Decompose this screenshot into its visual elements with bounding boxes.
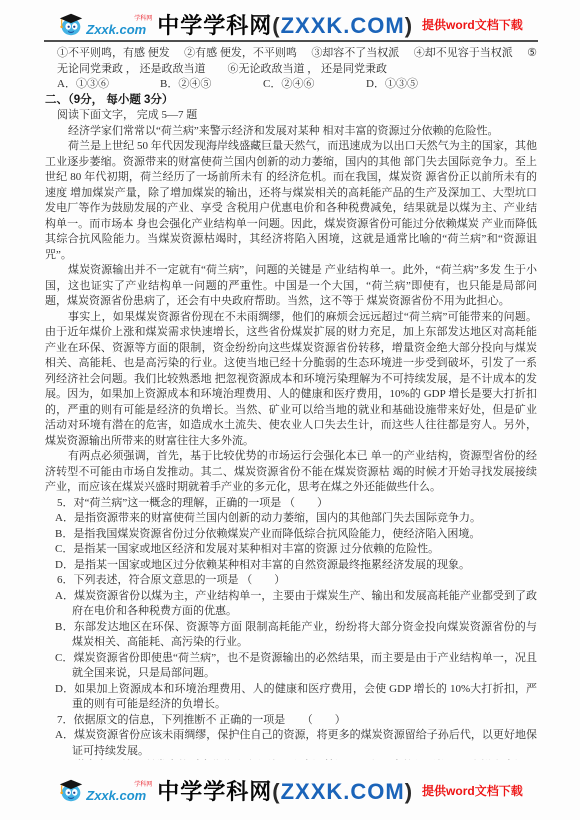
passage-paragraph: 煤炭资源输出并不一定就有“荷兰病”，问题的关键是 产业结构单一。此外，“荷兰病”…: [45, 263, 537, 310]
q4-choice-a: A．①③⑥: [57, 77, 160, 93]
q4-item-4: ④却不见容于当权派: [414, 46, 513, 62]
site-title-paren-close: ): [405, 13, 413, 38]
site-title-cn: 中学学科网: [157, 779, 272, 804]
word-download-link-footer[interactable]: 提供word文档下载: [422, 782, 523, 799]
passage-paragraph: 事实上，如果煤炭资源省份现在不未雨绸缪，他们的麻烦会远远超过“荷兰病”可能带来的…: [45, 310, 537, 450]
question6-stem: 6．下列表述，符合原文意思的一项是 （ ）: [57, 573, 537, 589]
q4-choice-c: C．②④⑥: [263, 77, 366, 93]
word-download-link[interactable]: 提供word文档下载: [422, 16, 523, 33]
site-title-cn: 中学学科网: [157, 13, 272, 38]
site-title-domain: ZXXK.COM: [281, 13, 405, 38]
site-title-paren-open: (: [272, 779, 280, 804]
section-heading: 二、（9分， 每小题 3分）: [45, 93, 537, 109]
q4-items-line2: 无论同党秉政 ， 还是政敌当道 ⑥无论政敌当道 ， 还是同党秉政: [57, 62, 537, 78]
q4-choice-d: D．①③⑤: [366, 77, 469, 93]
q4-items-line1: ①不平则鸣，有感 便发 ②有感 便发，不平则鸣 ③却容不了当权派 ④却不见容于当…: [57, 46, 537, 62]
passage-paragraph: 荷兰是上世纪 50 年代因发现海岸线盛藏巨量天然气，而迅速成为以出口天然气为主的…: [45, 139, 537, 263]
site-title: 中学学科网(ZXXK.COM): [157, 9, 413, 40]
site-title-paren-close: ): [405, 779, 413, 804]
header-divider: [44, 40, 538, 42]
footer-brand-row: Zxxk.com 学科网 中学学科网(ZXXK.COM) 提供word文档下载: [0, 766, 580, 806]
zxxk-logo-footer[interactable]: Zxxk.com 学科网: [57, 776, 148, 804]
question5-option-a: A．是指资源带来的财富使荷兰国内创新的动力萎缩，国内的其他部门失去国际竞争力。: [55, 511, 537, 527]
site-title-domain: ZXXK.COM: [281, 779, 405, 804]
question5-option-c: C．是指某一国家或地区经济和发展对某种相对丰富的资源 过分依赖的危险性。: [55, 542, 537, 558]
zxxk-mascot-icon: [57, 10, 85, 38]
question7-stem: 7．依据原文的信息，下列推断不 正确的一项是 （ ）: [57, 713, 537, 729]
question7-option-a: A．煤炭资源省份应该未雨绸缪，保护住自己的资源，将更多的煤炭资源留给子孙后代，以…: [55, 728, 537, 759]
question7-option-b: B．煤炭资 源输出所带来的财富往往大多外流，当资源枯竭时，留下来的很可能是一个没…: [55, 759, 537, 760]
q4-answer-choices: A．①③⑥ B．②④⑤ C．②④⑥ D．①③⑤: [57, 77, 537, 93]
logo-text: Zxxk.com: [86, 22, 146, 37]
logo-badge: 学科网: [134, 16, 152, 22]
q4-item-3: ③却容不了当权派: [311, 46, 399, 62]
passage-paragraph: 经济学家们常常以“荷兰病”来警示经济和发展对某种 相对丰富的资源过分依赖的危险性…: [45, 124, 537, 140]
q4-item-1: ①不平则鸣，有感 便发: [57, 46, 170, 62]
question6-option-c: C．煤炭资源省份即使患“荷兰病”，也不是资源输出的必然结果，而主要是由于产业结构…: [55, 651, 537, 682]
site-title-paren-open: (: [272, 13, 280, 38]
q4-item-5: ⑤: [527, 46, 537, 62]
question6-option-a: A．煤炭资源省份以煤为主，产业结构单一，主要由于煤炭生产、输出和发展高耗能产业都…: [55, 589, 537, 620]
document-body: ①不平则鸣，有感 便发 ②有感 便发，不平则鸣 ③却容不了当权派 ④却不见容于当…: [45, 46, 537, 760]
question6-option-d: D．如果加上资源成本和环境治理费用、人的健康和医疗费用，会使 GDP 增长的 1…: [55, 682, 537, 713]
question6-option-b: B．东部发达地区在环保、资源等方面 限制高耗能产业，纷纷将大部分资金投向煤炭资源…: [55, 620, 537, 651]
question5-option-b: B．是指我国煤炭资源省份过分依赖煤炭产业而降低综合抗风险能力，使经济陷入困境。: [55, 527, 537, 543]
site-title-footer: 中学学科网(ZXXK.COM): [157, 775, 413, 806]
logo-badge: 学科网: [134, 782, 152, 788]
q4-item-2: ②有感 便发，不平则鸣: [184, 46, 297, 62]
logo-text: Zxxk.com: [86, 788, 146, 803]
question5-stem: 5．对“荷兰病”这一概念的理解，正确的一项是 （ ）: [57, 496, 537, 512]
question5-option-d: D．是指某一国家或地区过分依赖某种相对丰富的自然资源最终拖累经济发展的现象。: [55, 558, 537, 574]
zxxk-mascot-icon: [57, 776, 85, 804]
passage-paragraph: 有两点必须强调，首先，基于比较优势的市场运行会强化本已 单一的产业结构，资源型省…: [45, 449, 537, 496]
section-instruction: 阅读下面文字， 完成 5—7 题: [57, 108, 537, 124]
zxxk-logo[interactable]: Zxxk.com 学科网: [57, 10, 148, 38]
q4-choice-b: B．②④⑤: [160, 77, 263, 93]
header-brand-row: Zxxk.com 学科网 中学学科网(ZXXK.COM) 提供word文档下载: [0, 0, 580, 40]
